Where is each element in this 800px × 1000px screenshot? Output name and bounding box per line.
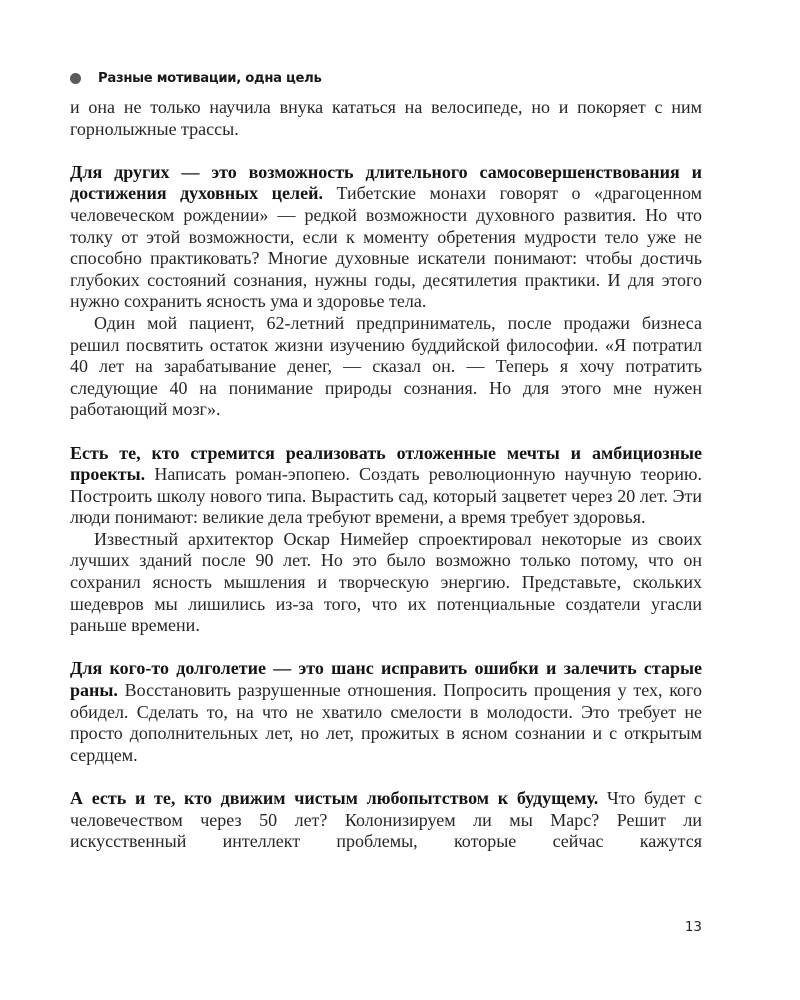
paragraph-lead: А есть и те, кто движим чистым любопытст… [70, 788, 598, 808]
paragraph-continuation: и она не только научила внука кататься н… [70, 97, 702, 140]
paragraph-text: Известный архитектор Оскар Нимейер спрое… [70, 529, 702, 635]
paragraph-deferred-dreams: Есть те, кто стремится реализовать отлож… [70, 443, 702, 529]
paragraph-curiosity: А есть и те, кто движим чистым любопытст… [70, 788, 702, 853]
paragraph-text: Восстановить разрушенные отношения. Попр… [70, 680, 702, 765]
chapter-title: Разные мотивации, одна цель [98, 71, 322, 86]
running-head: Разные мотивации, одна цель [70, 68, 322, 88]
paragraph-fix-mistakes: Для кого-то долголетие — это шанс исправ… [70, 658, 702, 766]
paragraph-niemeyer: Известный архитектор Оскар Нимейер спрое… [70, 529, 702, 637]
paragraph-patient-story: Один мой пациент, 62-летний предпринимат… [70, 313, 702, 421]
page-number: 13 [685, 919, 702, 935]
paragraph-text: Написать роман-эпопею. Создать революцио… [70, 464, 702, 527]
book-page: Разные мотивации, одна цель и она не тол… [70, 0, 702, 1000]
body-text: и она не только научила внука кататься н… [70, 97, 702, 853]
paragraph-text: и она не только научила внука кататься н… [70, 97, 702, 139]
bullet-icon [70, 73, 81, 84]
paragraph-text: Один мой пациент, 62-летний предпринимат… [70, 313, 702, 419]
paragraph-spiritual-goals: Для других — это возможность длительного… [70, 162, 702, 313]
